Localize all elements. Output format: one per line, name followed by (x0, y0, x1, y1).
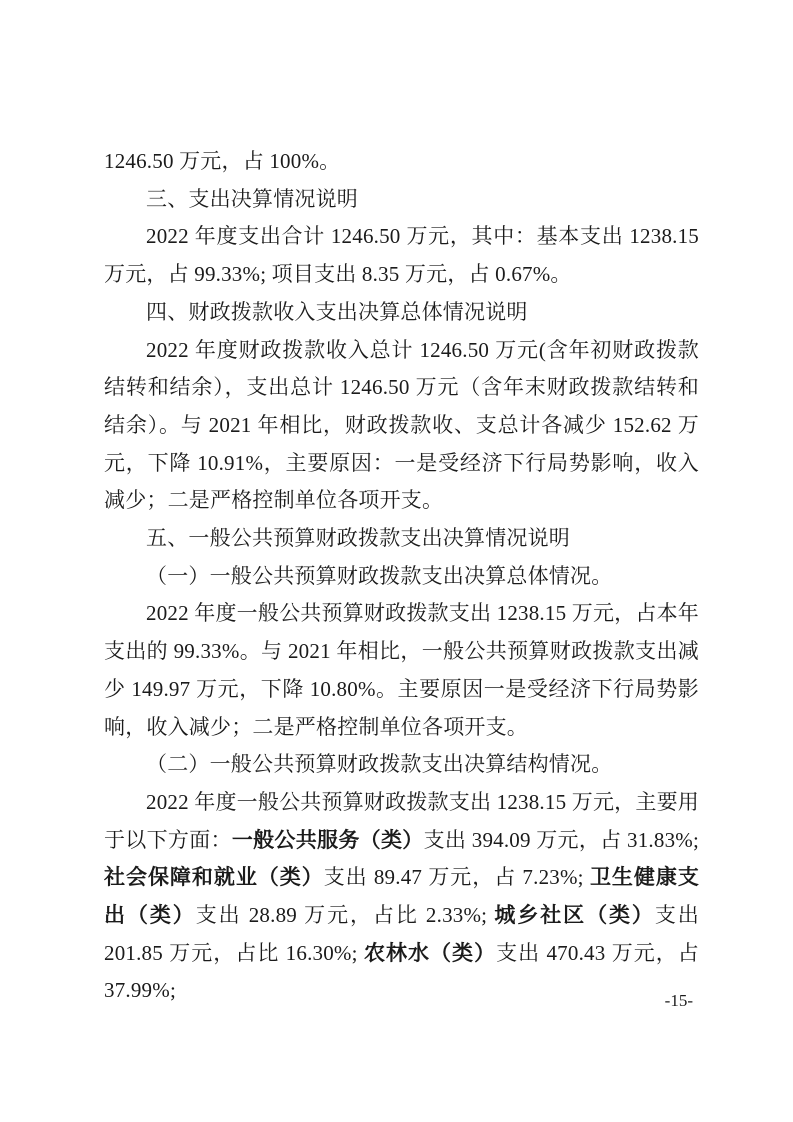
page-number: -15- (665, 990, 693, 1012)
category-agriculture-forestry-water: 农林水（类） (364, 942, 496, 965)
text-run: 支出 28.89 万元，占比 2.33%; (196, 903, 495, 927)
section-heading-fiscal-appropriation: 四、财政拨款收入支出决算总体情况说明 (104, 294, 699, 332)
subsection-heading-overall: （一）一般公共预算财政拨款支出决算总体情况。 (104, 558, 699, 596)
paragraph-expenditure-summary: 2022 年度支出合计 1246.50 万元，其中：基本支出 1238.15 万… (104, 218, 699, 293)
document-body: 1246.50 万元，占 100%。 三、支出决算情况说明 2022 年度支出合… (104, 143, 699, 1010)
text-run: 支出 89.47 万元，占 7.23%; (324, 865, 590, 889)
document-page: 1246.50 万元，占 100%。 三、支出决算情况说明 2022 年度支出合… (0, 0, 793, 1122)
paragraph-fiscal-appropriation: 2022 年度财政拨款收入总计 1246.50 万元(含年初财政拨款结转和结余）… (104, 332, 699, 521)
category-social-security-employment: 社会保障和就业（类） (104, 866, 324, 889)
category-general-public-services: 一般公共服务（类） (232, 829, 424, 852)
paragraph-expenditure-structure: 2022 年度一般公共预算财政拨款支出 1238.15 万元，主要用于以下方面：… (104, 784, 699, 1010)
section-heading-expenditure: 三、支出决算情况说明 (104, 181, 699, 219)
section-heading-general-public-budget: 五、一般公共预算财政拨款支出决算情况说明 (104, 520, 699, 558)
paragraph-general-budget-overall: 2022 年度一般公共预算财政拨款支出 1238.15 万元，占本年支出的 99… (104, 595, 699, 746)
text-run: 支出 394.09 万元，占 31.83%; (424, 828, 699, 852)
paragraph-carryover: 1246.50 万元，占 100%。 (104, 143, 699, 181)
subsection-heading-structure: （二）一般公共预算财政拨款支出决算结构情况。 (104, 746, 699, 784)
category-urban-rural-community: 城乡社区（类） (494, 904, 654, 927)
